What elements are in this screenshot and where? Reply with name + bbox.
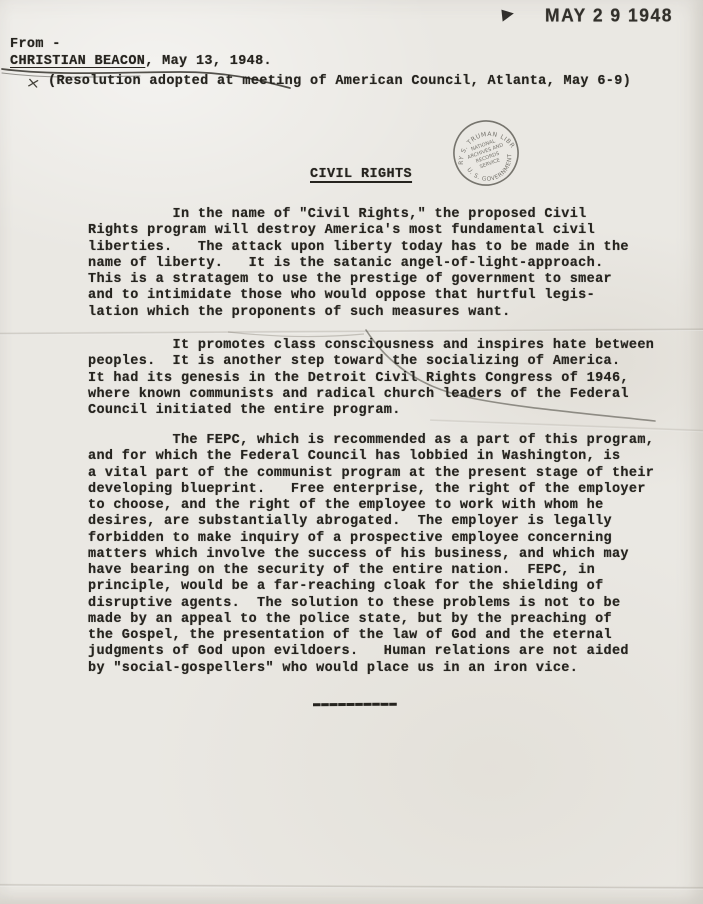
source-date: , May 13, 1948. — [145, 54, 272, 69]
end-divider — [313, 703, 397, 706]
crease-curve-faint — [228, 332, 364, 337]
source-line: CHRISTIAN BEACON, May 13, 1948. — [10, 54, 272, 70]
document-page: MAY 2 9 1948 From - CHRISTIAN BEACON, Ma… — [0, 0, 703, 904]
document-title: CIVIL RIGHTS — [310, 167, 412, 183]
handwritten-x-mark: × — [25, 73, 42, 92]
truman-library-stamp: HARRY S. TRUMAN LIBRARY U. S. GOVERNMENT… — [436, 103, 536, 203]
received-date-stamp: MAY 2 9 1948 — [545, 4, 673, 26]
paper-crease — [0, 328, 703, 335]
publication-name: CHRISTIAN BEACON — [10, 54, 145, 69]
paragraph-3: The FEPC, which is recommended as a part… — [88, 433, 654, 677]
paragraph-1: In the name of "Civil Rights," the propo… — [88, 207, 629, 321]
arrow-marker-icon — [501, 8, 514, 21]
paper-crease — [0, 883, 703, 889]
resolution-line: (Resolution adopted at meeting of Americ… — [48, 74, 631, 90]
paragraph-2: It promotes class consciousness and insp… — [88, 338, 654, 419]
from-label: From - — [10, 37, 61, 53]
paper-crease — [430, 419, 703, 432]
